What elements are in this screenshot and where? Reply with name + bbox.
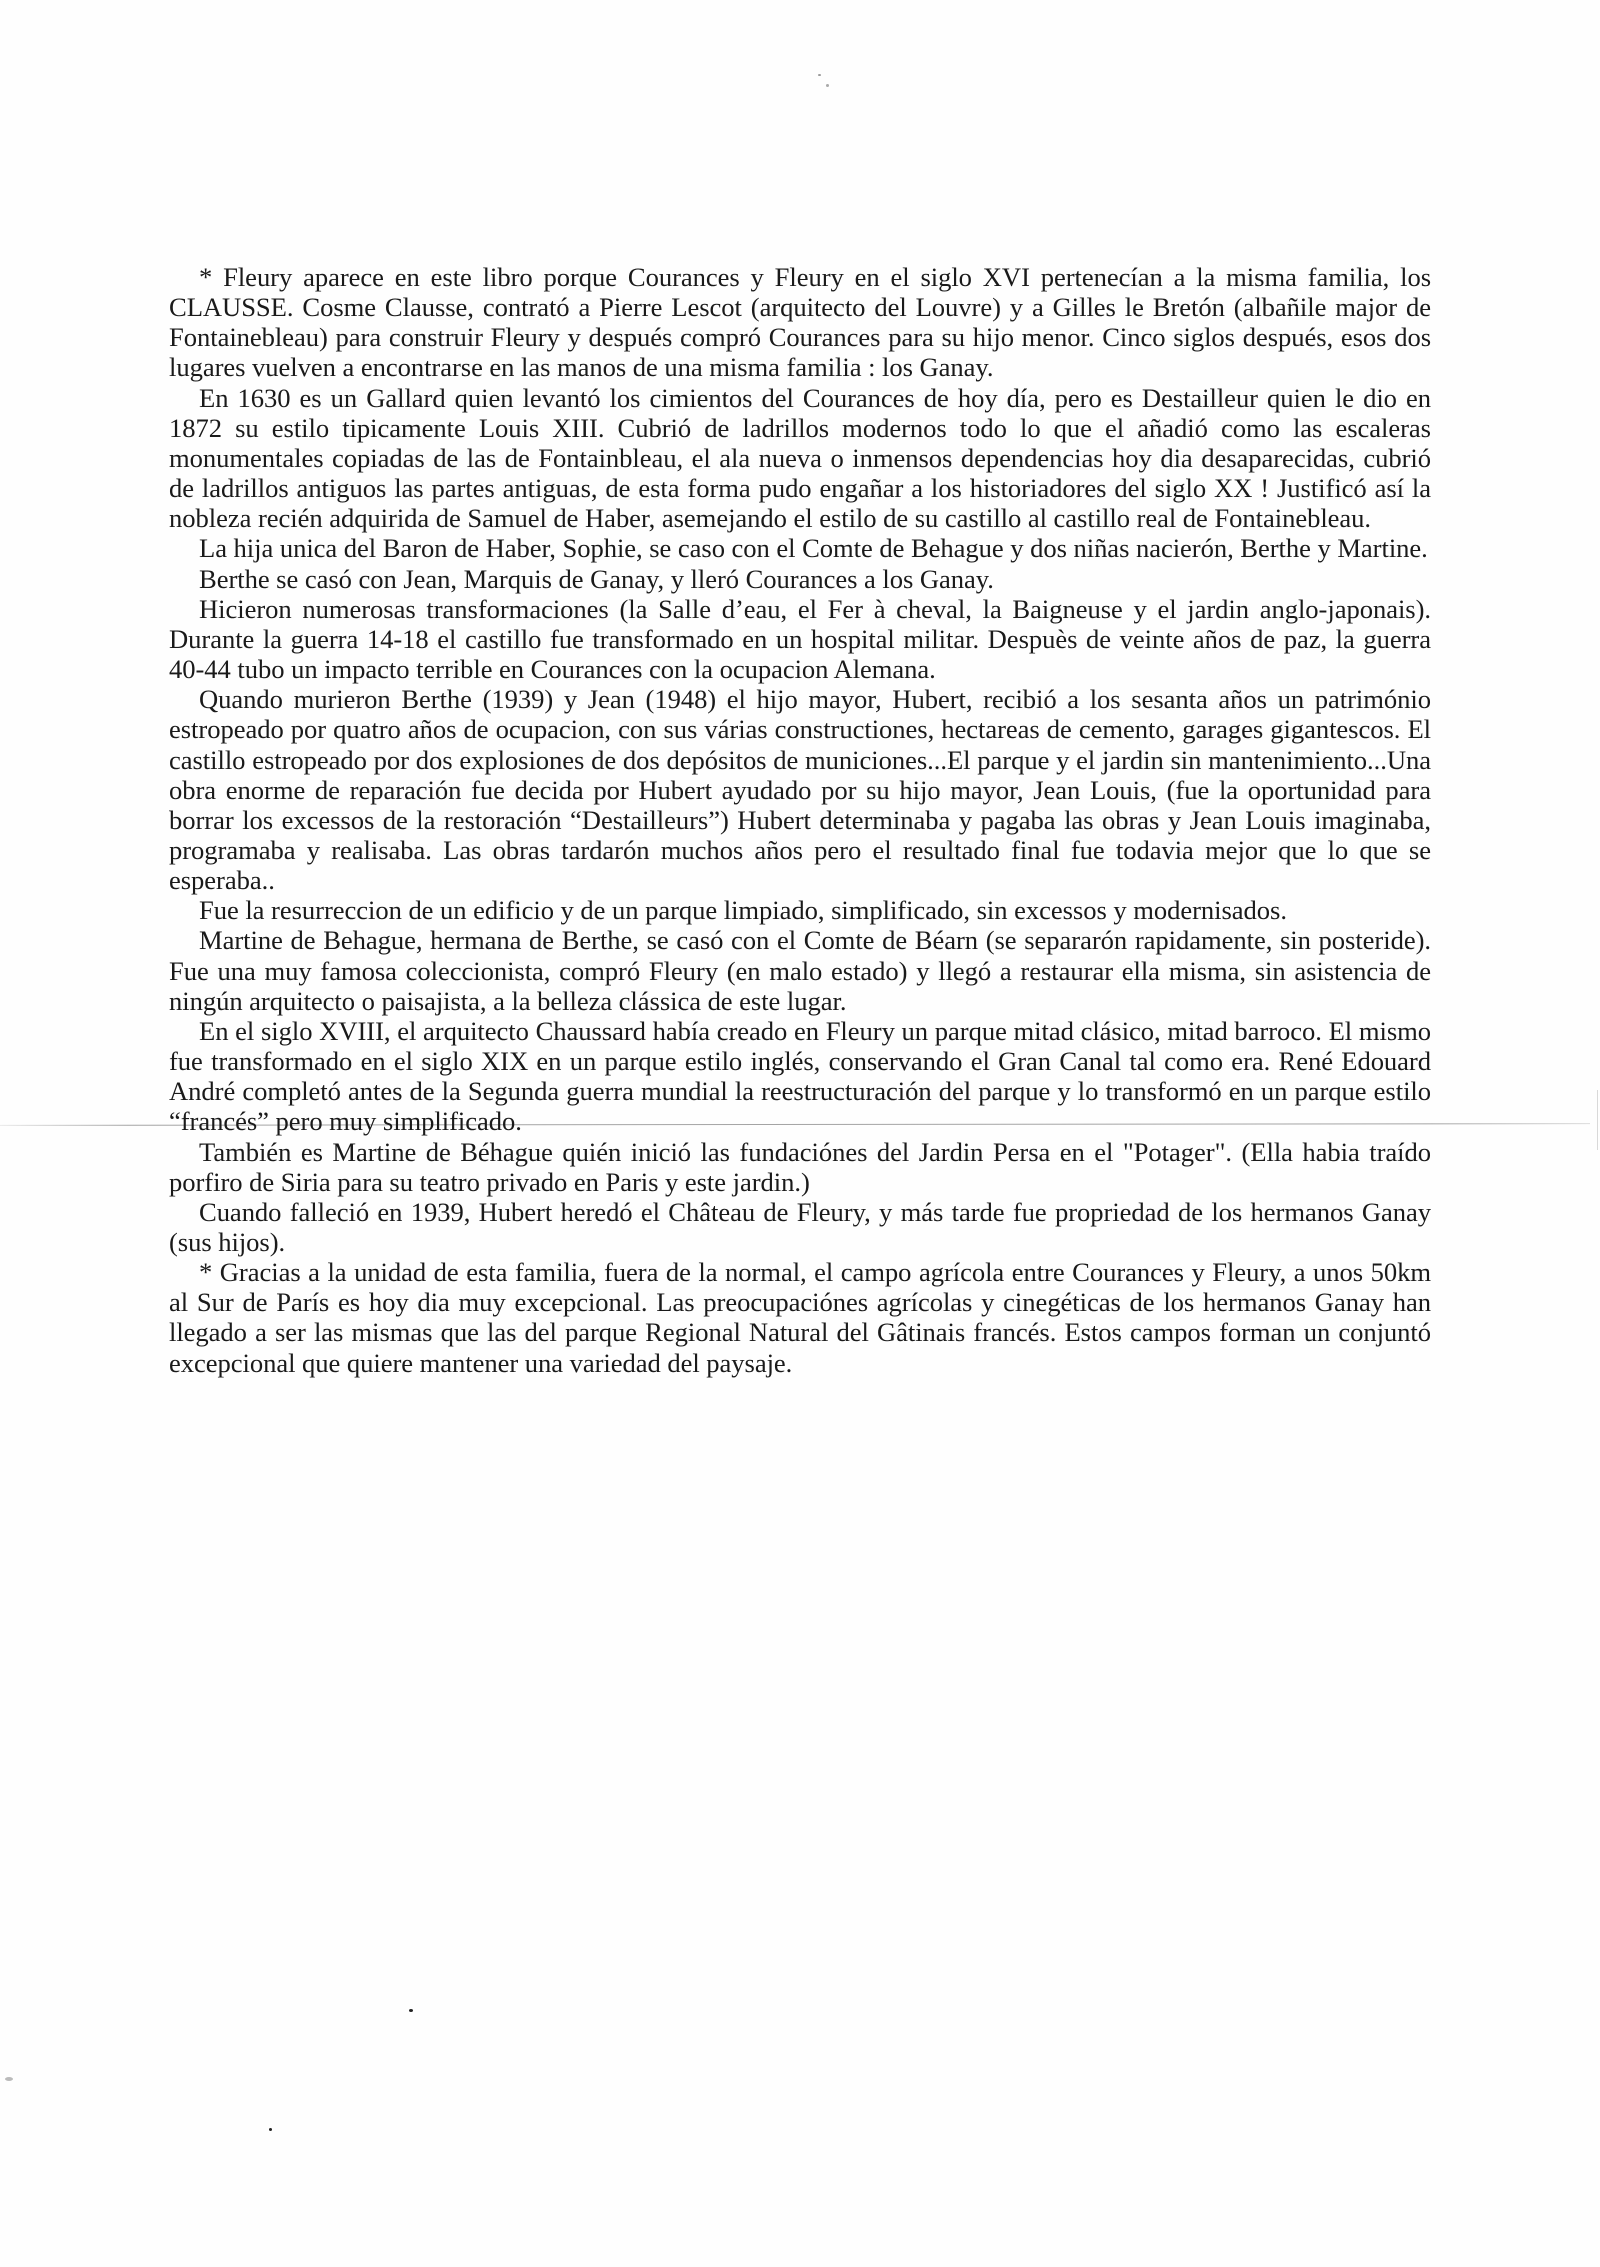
paragraph-campo-agricola: * Gracias a la unidad de esta familia, f… [169,1257,1431,1378]
scan-edge-mark [1597,1090,1598,1150]
scan-speck [269,2128,272,2131]
paragraph-courances-1630: En 1630 es un Gallard quien levantó los … [169,383,1431,534]
paragraph-chateau-de-fleury: Cuando falleció en 1939, Hubert heredó e… [169,1197,1431,1257]
paragraph-jardin-persa: También es Martine de Béhague quién inic… [169,1137,1431,1197]
paragraph-transformations: Hicieron numerosas transformaciones (la … [169,594,1431,684]
scan-speck [5,2077,13,2081]
document-body: * Fleury aparece en este libro porque Co… [169,262,1431,1378]
paragraph-baron-de-haber: La hija unica del Baron de Haber, Sophie… [169,533,1431,563]
scan-speck [818,74,821,76]
paragraph-siglo-xviii: En el siglo XVIII, el arquitecto Chaussa… [169,1016,1431,1137]
paragraph-berthe-marriage: Berthe se casó con Jean, Marquis de Gana… [169,564,1431,594]
scan-speck [409,2009,413,2012]
paragraph-martine-de-behague: Martine de Behague, hermana de Berthe, s… [169,925,1431,1015]
scanned-page: * Fleury aparece en este libro porque Co… [0,0,1600,2267]
paragraph-hubert-restoration: Quando murieron Berthe (1939) y Jean (19… [169,684,1431,895]
paragraph-resurreccion: Fue la resurreccion de un edificio y de … [169,895,1431,925]
paragraph-fleury-intro: * Fleury aparece en este libro porque Co… [169,262,1431,383]
scan-speck [826,84,829,87]
